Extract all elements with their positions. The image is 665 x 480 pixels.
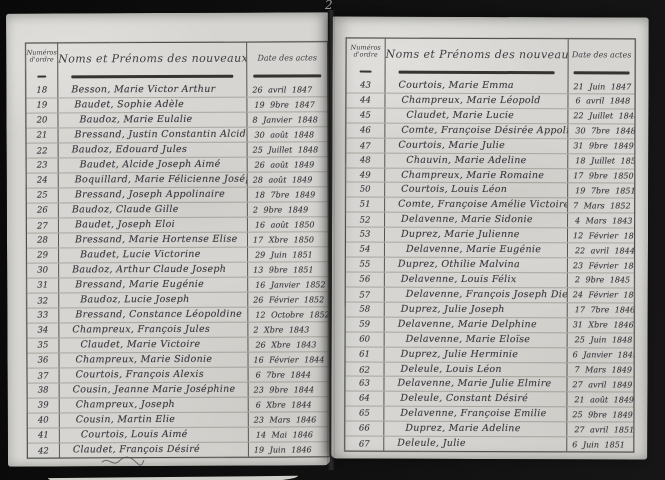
header-act-date: Date des actes bbox=[247, 42, 327, 82]
register-row: 50Courtois, Louis Léon19 7bre 1851 bbox=[346, 183, 634, 199]
register-row: 46Comte, Françoise Désirée Appoline30 7b… bbox=[346, 123, 634, 139]
row-order-number: 46 bbox=[346, 123, 384, 137]
row-act-date: 25 Juin 1848 bbox=[568, 333, 634, 347]
row-act-date: 8 Janvier 1848 bbox=[247, 112, 327, 126]
row-order-number: 28 bbox=[27, 233, 58, 247]
row-act-date: 30 août 1848 bbox=[248, 127, 328, 141]
row-person-name: Delavenne, Louis Félix bbox=[384, 273, 568, 288]
row-order-number: 48 bbox=[346, 153, 384, 167]
row-act-date: 19 Juin 1846 bbox=[249, 442, 329, 456]
row-order-number: 18 bbox=[26, 83, 57, 97]
register-row: 54Delavenne, Marie Eugénie22 avril 1844 bbox=[346, 243, 634, 259]
row-person-name: Courtois, François Alexis bbox=[59, 368, 249, 383]
row-order-number: 33 bbox=[27, 308, 58, 322]
register-row: 32Baudoz, Lucie Joseph26 Février 1852 bbox=[27, 292, 328, 308]
row-act-date: 26 Xbre 1843 bbox=[248, 337, 328, 351]
row-order-number: 34 bbox=[27, 323, 58, 337]
row-act-date: 25 Juillet 1848 bbox=[248, 142, 328, 156]
row-person-name: Baudet, Sophie Adèle bbox=[57, 98, 247, 113]
row-person-name: Courtois, Louis Aimé bbox=[59, 428, 249, 443]
row-act-date: 26 Février 1852 bbox=[248, 292, 328, 306]
register-row: 34Champreux, François Jules2 Xbre 1843 bbox=[27, 322, 328, 338]
row-person-name: Claudet, François Désiré bbox=[59, 443, 249, 458]
row-person-name: Baudoz, Marie Eulalie bbox=[57, 113, 247, 128]
row-person-name: Cousin, Martin Elie bbox=[59, 413, 249, 428]
register-row: 24Boquillard, Marie Félicienne Joséphine… bbox=[27, 172, 328, 188]
register-row: 51Comte, Françoise Amélie Victoire7 Mars… bbox=[346, 198, 634, 214]
register-row: 65Delavenne, Françoise Emilie25 9bre 184… bbox=[345, 407, 633, 423]
row-order-number: 50 bbox=[346, 183, 384, 197]
register-row: 53Duprez, Marie Julienne12 Février 1844 bbox=[346, 228, 634, 244]
row-act-date: 24 Février 1846 bbox=[568, 288, 634, 302]
row-person-name: Duprez, Marie Julienne bbox=[384, 228, 568, 243]
register-row: 58Duprez, Julie Joseph17 7bre 1846 bbox=[346, 302, 634, 318]
register-row: 62Deleule, Louis Léon7 Mars 1849 bbox=[346, 362, 634, 378]
header-order-number: Numéros d'ordre bbox=[347, 38, 385, 78]
row-order-number: 38 bbox=[28, 383, 59, 397]
row-order-number: 61 bbox=[346, 347, 384, 361]
row-order-number: 62 bbox=[346, 362, 384, 376]
row-person-name: Champreux, Joseph bbox=[59, 398, 249, 413]
row-person-name: Cousin, Jeanne Marie Joséphine bbox=[59, 383, 249, 398]
register-row: 27Baudet, Joseph Eloi16 août 1850 bbox=[27, 217, 328, 233]
header-names: Noms et Prénoms des nouveaux nés bbox=[57, 43, 247, 84]
row-person-name: Baudoz, Edouard Jules bbox=[58, 143, 248, 158]
row-order-number: 32 bbox=[27, 293, 58, 307]
row-person-name: Besson, Marie Victor Arthur bbox=[57, 83, 247, 98]
row-person-name: Duprez, Julie Joseph bbox=[384, 302, 568, 317]
register-row: 43Courtois, Marie Emma21 Juin 1847 bbox=[347, 78, 635, 94]
register-row: 48Chauvin, Marie Adeline18 Juillet 1850 bbox=[346, 153, 634, 169]
row-order-number: 55 bbox=[346, 258, 384, 272]
header-act-date: Date des actes bbox=[569, 39, 635, 79]
row-person-name: Baudet, Alcide Joseph Aimé bbox=[58, 158, 248, 173]
row-act-date: 7 Mars 1852 bbox=[568, 199, 634, 213]
row-order-number: 37 bbox=[28, 368, 59, 382]
row-act-date: 4 Mars 1843 bbox=[568, 214, 634, 228]
register-row: 31Bressand, Marie Eugénie16 Janvier 1852 bbox=[27, 277, 328, 293]
row-person-name: Champreux, François Jules bbox=[58, 323, 248, 338]
register-row: 33Bressand, Constance Léopoldine12 Octob… bbox=[27, 307, 328, 323]
row-person-name: Deleule, Constant Désiré bbox=[383, 392, 567, 407]
row-person-name: Duprez, Julie Herminie bbox=[384, 347, 568, 362]
row-act-date: 23 9bre 1844 bbox=[249, 382, 329, 396]
row-order-number: 24 bbox=[27, 173, 58, 187]
register-row: 47Courtois, Marie Julie31 9bre 1849 bbox=[346, 138, 634, 154]
header-order-number: Numéros d'ordre bbox=[26, 43, 57, 83]
register-row: 39Champreux, Joseph6 Xbre 1844 bbox=[28, 397, 329, 413]
row-act-date: 12 Octobre 1852 bbox=[248, 307, 328, 321]
row-order-number: 27 bbox=[27, 218, 58, 232]
register-row: 60Delavenne, Marie Eloïse25 Juin 1848 bbox=[346, 332, 634, 348]
row-person-name: Courtois, Marie Emma bbox=[385, 79, 569, 94]
row-person-name: Courtois, Louis Léon bbox=[384, 183, 568, 198]
row-act-date: 17 Xbre 1850 bbox=[248, 232, 328, 246]
row-person-name: Baudoz, Arthur Claude Joseph bbox=[58, 263, 248, 278]
row-person-name: Bressand, Marie Eugénie bbox=[58, 278, 248, 293]
row-act-date: 19 7bre 1851 bbox=[568, 184, 634, 198]
row-act-date: 22 avril 1844 bbox=[568, 243, 634, 257]
register-row: 49Champreux, Marie Romaine17 9bre 1850 bbox=[346, 168, 634, 184]
row-order-number: 19 bbox=[26, 98, 57, 112]
register-row: 64Deleule, Constant Désiré21 août 1849 bbox=[345, 392, 633, 408]
row-order-number: 35 bbox=[27, 338, 58, 352]
row-person-name: Duprez, Othilie Malvina bbox=[384, 258, 568, 273]
row-order-number: 36 bbox=[27, 353, 58, 367]
row-person-name: Comte, Françoise Amélie Victoire bbox=[384, 198, 568, 213]
row-order-number: 60 bbox=[346, 332, 384, 346]
header-names: Noms et Prénoms des nouveaux nés bbox=[385, 39, 569, 80]
row-person-name: Bressand, Constance Léopoldine bbox=[58, 308, 248, 323]
row-person-name: Delavenne, Marie Eloïse bbox=[384, 332, 568, 347]
register-row: 23Baudet, Alcide Joseph Aimé26 août 1849 bbox=[27, 157, 328, 173]
row-order-number: 45 bbox=[346, 108, 384, 122]
row-act-date: 6 Xbre 1844 bbox=[249, 397, 329, 411]
row-person-name: Delavenne, Françoise Emilie bbox=[383, 407, 567, 422]
paper-torn-edge bbox=[48, 476, 298, 480]
row-act-date: 16 Janvier 1852 bbox=[248, 277, 328, 291]
row-person-name: Courtois, Marie Julie bbox=[384, 138, 568, 153]
register-row: 52Delavenne, Marie Sidonie4 Mars 1843 bbox=[346, 213, 634, 229]
row-person-name: Champreux, Marie Romaine bbox=[384, 168, 568, 183]
row-order-number: 41 bbox=[28, 428, 59, 442]
row-order-number: 21 bbox=[27, 128, 58, 142]
register-row: 63Delavenne, Marie Julie Elmire27 avril … bbox=[345, 377, 633, 393]
register-row: 59Delavenne, Marie Delphine31 Xbre 1846 bbox=[346, 317, 634, 333]
row-act-date: 29 Juin 1851 bbox=[248, 247, 328, 261]
row-order-number: 59 bbox=[346, 317, 384, 331]
row-person-name: Champreux, Marie Léopold bbox=[384, 94, 568, 109]
scanned-register-spread: 2 Numéros d'ordre Noms et Prénoms des no… bbox=[0, 0, 665, 480]
row-order-number: 29 bbox=[27, 248, 58, 262]
row-act-date: 6 Juin 1851 bbox=[567, 437, 633, 451]
row-person-name: Bressand, Marie Hortense Elise bbox=[58, 233, 248, 248]
row-person-name: Bressand, Joseph Appolinaire bbox=[58, 188, 248, 203]
register-row: 30Baudoz, Arthur Claude Joseph13 9bre 18… bbox=[27, 262, 328, 278]
row-order-number: 63 bbox=[345, 377, 383, 391]
row-person-name: Duprez, Marie Adeline bbox=[383, 422, 567, 437]
register-row: 57Delavenne, François Joseph Dieudonné24… bbox=[346, 287, 634, 303]
register-row: 35Claudet, Marie Victoire26 Xbre 1843 bbox=[27, 337, 328, 353]
row-person-name: Delavenne, Marie Eugénie bbox=[384, 243, 568, 258]
register-row: 19Baudet, Sophie Adèle19 9bre 1847 bbox=[26, 97, 327, 113]
row-person-name: Delavenne, Marie Delphine bbox=[384, 317, 568, 332]
row-order-number: 52 bbox=[346, 213, 384, 227]
register-row: 38Cousin, Jeanne Marie Joséphine23 9bre … bbox=[28, 382, 329, 398]
row-order-number: 51 bbox=[346, 198, 384, 212]
row-act-date: 27 avril 1849 bbox=[567, 378, 633, 392]
register-row: 40Cousin, Martin Elie23 Mars 1846 bbox=[28, 412, 329, 428]
row-order-number: 47 bbox=[346, 138, 384, 152]
row-order-number: 43 bbox=[347, 78, 385, 92]
row-person-name: Baudoz, Claude Gille bbox=[58, 203, 248, 218]
register-row: 55Duprez, Othilie Malvina23 Février 1845 bbox=[346, 258, 634, 274]
row-person-name: Baudet, Lucie Victorine bbox=[58, 248, 248, 263]
row-act-date: 2 9bre 1845 bbox=[568, 273, 634, 287]
row-order-number: 31 bbox=[27, 278, 58, 292]
register-row: 41Courtois, Louis Aimé14 Mai 1846 bbox=[28, 427, 329, 443]
row-order-number: 64 bbox=[345, 392, 383, 406]
row-order-number: 53 bbox=[346, 228, 384, 242]
row-act-date: 14 Mai 1846 bbox=[249, 427, 329, 441]
register-rows-left: 18Besson, Marie Victor Arthur26 avril 18… bbox=[26, 82, 329, 457]
row-act-date: 2 9bre 1849 bbox=[248, 202, 328, 216]
row-act-date: 27 avril 1851 bbox=[567, 422, 633, 436]
register-row: 56Delavenne, Louis Félix2 9bre 1845 bbox=[346, 272, 634, 288]
row-act-date: 31 Xbre 1846 bbox=[568, 318, 634, 332]
row-order-number: 65 bbox=[345, 407, 383, 421]
register-row: 37Courtois, François Alexis6 7bre 1844 bbox=[28, 367, 329, 383]
row-act-date: 17 9bre 1850 bbox=[568, 169, 634, 183]
row-order-number: 42 bbox=[28, 443, 59, 457]
pencil-page-number: 2 bbox=[325, 0, 333, 12]
row-order-number: 54 bbox=[346, 243, 384, 257]
row-act-date: 6 7bre 1844 bbox=[249, 367, 329, 381]
row-act-date: 28 août 1849 bbox=[248, 172, 328, 186]
row-act-date: 26 avril 1847 bbox=[247, 82, 327, 96]
row-act-date: 7 Mars 1849 bbox=[568, 363, 634, 377]
register-row: 67Deleule, Julie6 Juin 1851 bbox=[345, 437, 633, 452]
row-act-date: 25 9bre 1849 bbox=[567, 408, 633, 422]
register-row: 28Bressand, Marie Hortense Elise17 Xbre … bbox=[27, 232, 328, 248]
row-person-name: Delavenne, Marie Sidonie bbox=[384, 213, 568, 228]
register-row: 20Baudoz, Marie Eulalie8 Janvier 1848 bbox=[26, 112, 327, 128]
register-row: 36Champreux, Marie Sidonie16 Février 184… bbox=[27, 352, 328, 368]
row-act-date: 12 Février 1844 bbox=[568, 228, 634, 242]
row-act-date: 26 août 1849 bbox=[248, 157, 328, 171]
row-act-date: 16 août 1850 bbox=[248, 217, 328, 231]
row-act-date: 18 7bre 1849 bbox=[248, 187, 328, 201]
row-act-date: 30 7bre 1848 bbox=[568, 124, 634, 138]
row-person-name: Delavenne, François Joseph Dieudonné bbox=[384, 288, 568, 303]
row-order-number: 57 bbox=[346, 287, 384, 301]
register-page-left: Numéros d'ordre Noms et Prénoms des nouv… bbox=[6, 12, 330, 466]
register-row: 18Besson, Marie Victor Arthur26 avril 18… bbox=[26, 82, 327, 98]
register-row: 42Claudet, François Désiré19 Juin 1846 bbox=[28, 442, 329, 457]
row-person-name: Bressand, Justin Constantin Alcide bbox=[58, 128, 248, 143]
row-order-number: 49 bbox=[346, 168, 384, 182]
register-row: 66Duprez, Marie Adeline27 avril 1851 bbox=[345, 422, 633, 438]
row-act-date: 21 Juin 1847 bbox=[569, 79, 635, 93]
row-person-name: Deleule, Louis Léon bbox=[384, 362, 568, 377]
row-order-number: 44 bbox=[346, 93, 384, 107]
row-order-number: 30 bbox=[27, 263, 58, 277]
register-row: 26Baudoz, Claude Gille2 9bre 1849 bbox=[27, 202, 328, 218]
row-person-name: Claudet, Marie Victoire bbox=[58, 338, 248, 353]
row-order-number: 67 bbox=[345, 437, 383, 451]
row-order-number: 39 bbox=[28, 398, 59, 412]
row-act-date: 17 7bre 1846 bbox=[568, 303, 634, 317]
register-row: 21Bressand, Justin Constantin Alcide30 a… bbox=[27, 127, 328, 143]
row-order-number: 26 bbox=[27, 203, 58, 217]
row-person-name: Comte, Françoise Désirée Appoline bbox=[384, 123, 568, 138]
register-row: 45Claudet, Marie Lucie22 Juillet 1848 bbox=[346, 108, 634, 124]
row-person-name: Baudet, Joseph Eloi bbox=[58, 218, 248, 233]
ink-flourish bbox=[100, 455, 146, 467]
row-person-name: Boquillard, Marie Félicienne Joséphine bbox=[58, 173, 248, 188]
row-order-number: 40 bbox=[28, 413, 59, 427]
row-act-date: 6 Janvier 1849 bbox=[568, 348, 634, 362]
row-act-date: 31 9bre 1849 bbox=[568, 139, 634, 153]
register-row: 61Duprez, Julie Herminie6 Janvier 1849 bbox=[346, 347, 634, 363]
row-person-name: Delavenne, Marie Julie Elmire bbox=[383, 377, 567, 392]
register-table-left: Numéros d'ordre Noms et Prénoms des nouv… bbox=[25, 41, 330, 458]
row-order-number: 56 bbox=[346, 272, 384, 286]
row-act-date: 13 9bre 1851 bbox=[248, 262, 328, 276]
row-act-date: 23 Février 1845 bbox=[568, 258, 634, 272]
row-order-number: 25 bbox=[27, 188, 58, 202]
row-person-name: Chauvin, Marie Adeline bbox=[384, 153, 568, 168]
row-person-name: Baudoz, Lucie Joseph bbox=[58, 293, 248, 308]
register-page-right: Numéros d'ordre Noms et Prénoms des nouv… bbox=[331, 16, 649, 459]
row-act-date: 22 Juillet 1848 bbox=[568, 109, 634, 123]
row-act-date: 23 Mars 1846 bbox=[249, 412, 329, 426]
register-row: 29Baudet, Lucie Victorine29 Juin 1851 bbox=[27, 247, 328, 263]
register-table-right: Numéros d'ordre Noms et Prénoms des nouv… bbox=[344, 37, 635, 452]
row-act-date: 18 Juillet 1850 bbox=[568, 154, 634, 168]
table-header-left: Numéros d'ordre Noms et Prénoms des nouv… bbox=[26, 42, 327, 83]
row-act-date: 2 Xbre 1843 bbox=[248, 322, 328, 336]
row-act-date: 6 avril 1848 bbox=[568, 94, 634, 108]
row-act-date: 16 Février 1844 bbox=[248, 352, 328, 366]
register-row: 22Baudoz, Edouard Jules25 Juillet 1848 bbox=[27, 142, 328, 158]
register-row: 25Bressand, Joseph Appolinaire18 7bre 18… bbox=[27, 187, 328, 203]
row-person-name: Claudet, Marie Lucie bbox=[384, 108, 568, 123]
register-rows-right: 43Courtois, Marie Emma21 Juin 184744Cham… bbox=[345, 78, 634, 451]
row-person-name: Champreux, Marie Sidonie bbox=[58, 353, 248, 368]
row-act-date: 21 août 1849 bbox=[567, 393, 633, 407]
row-order-number: 20 bbox=[26, 113, 57, 127]
row-person-name: Deleule, Julie bbox=[383, 437, 567, 452]
register-row: 44Champreux, Marie Léopold6 avril 1848 bbox=[346, 93, 634, 109]
row-order-number: 22 bbox=[27, 143, 58, 157]
row-order-number: 23 bbox=[27, 158, 58, 172]
table-header-right: Numéros d'ordre Noms et Prénoms des nouv… bbox=[347, 38, 635, 79]
row-act-date: 19 9bre 1847 bbox=[247, 97, 327, 111]
row-order-number: 58 bbox=[346, 302, 384, 316]
row-order-number: 66 bbox=[345, 422, 383, 436]
